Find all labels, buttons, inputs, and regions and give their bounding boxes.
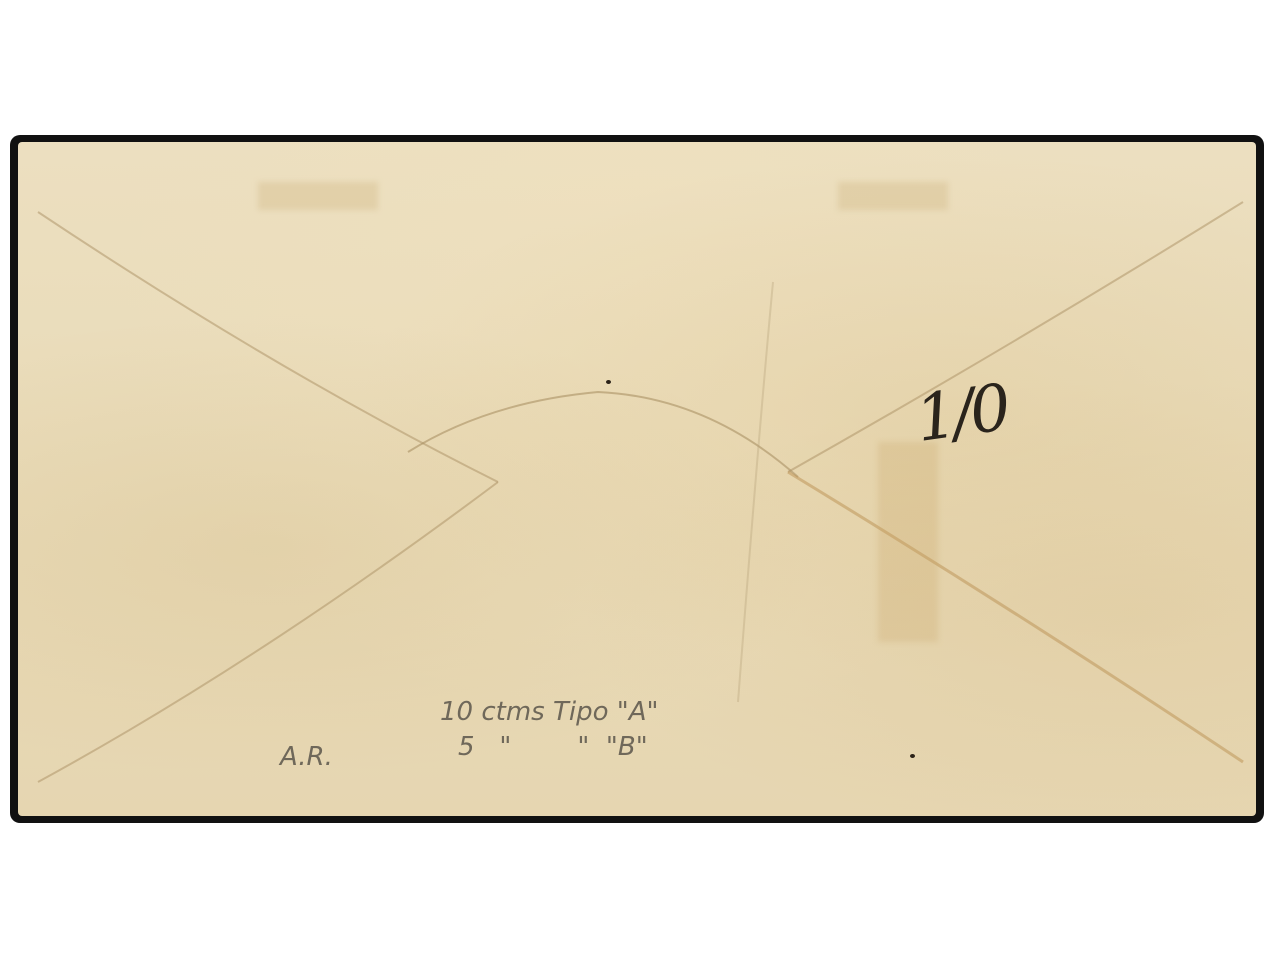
stain	[878, 442, 938, 642]
stain	[838, 182, 948, 210]
pencil-initials: A.R.	[280, 742, 333, 772]
pencil-note-line-1: 10 ctms Tipo "A"	[440, 697, 658, 727]
pencil-note-line-2: 5 " " "B"	[458, 732, 648, 762]
ink-numeral-marking: 1/0	[911, 371, 1011, 457]
ink-spot	[910, 754, 915, 758]
envelope-back: 1/0 10 ctms Tipo "A" 5 " " "B" A.R.	[10, 135, 1264, 823]
envelope-paper: 1/0 10 ctms Tipo "A" 5 " " "B" A.R.	[18, 142, 1256, 816]
stain	[258, 182, 378, 210]
ink-spot	[606, 380, 611, 384]
